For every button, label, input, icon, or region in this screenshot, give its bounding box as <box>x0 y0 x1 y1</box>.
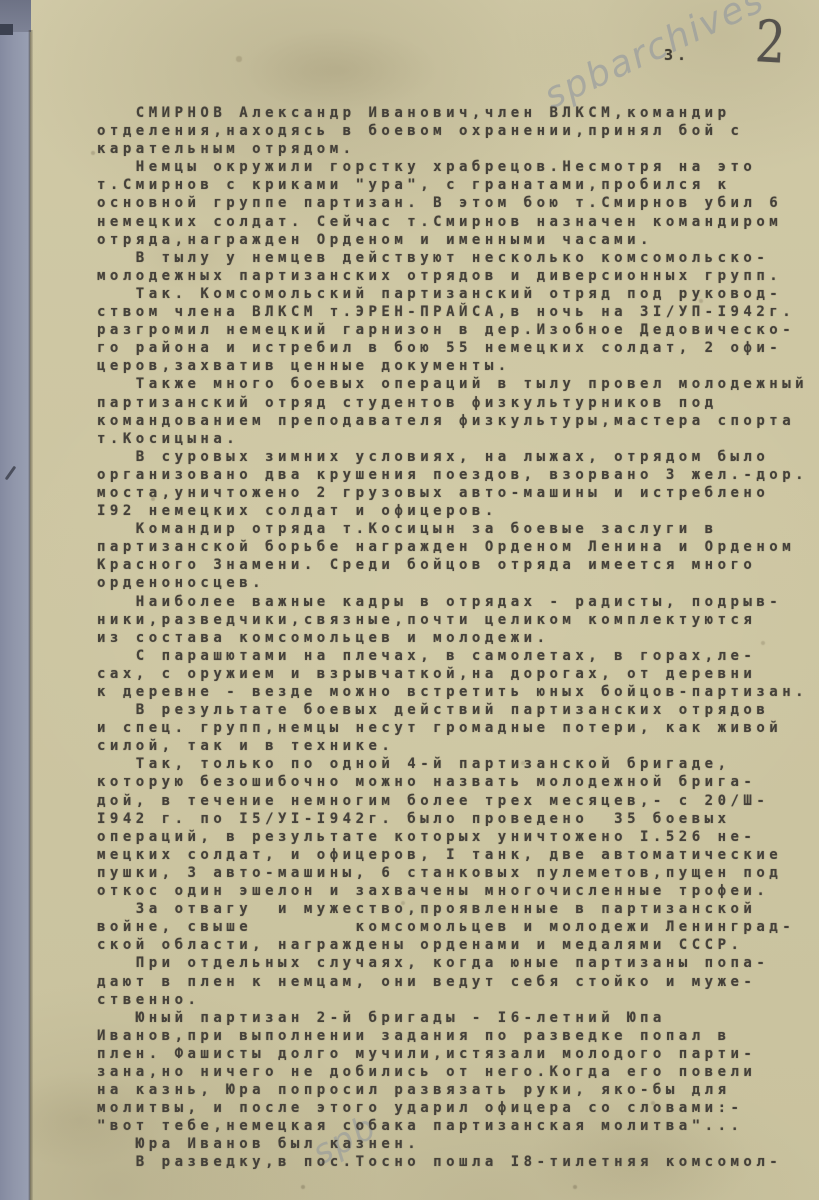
scan-edge-strip <box>0 30 30 1200</box>
paper-speckles <box>0 0 2 2</box>
document-body-text: СМИРНОВ Александр Иванович,член ВЛКСМ,ко… <box>97 104 819 1172</box>
scan-edge-dark-notch <box>0 24 13 35</box>
paper-torn-edge-shadow <box>28 30 33 1200</box>
handwritten-page-number: 2 <box>754 7 788 76</box>
typed-page-number: 3. <box>664 46 690 64</box>
archive-watermark-top: spbarchives <box>538 0 771 117</box>
scanned-document-page: spbarchives spb 3. 2 СМИРНОВ Александр И… <box>0 0 819 1200</box>
